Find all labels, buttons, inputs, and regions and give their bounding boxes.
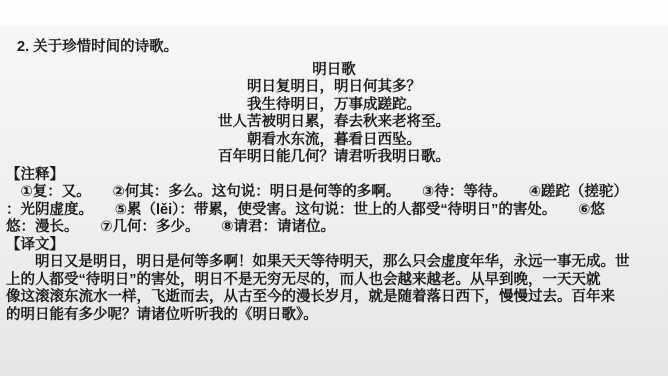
notes-block: 【注释】 ①复：又。 ②何其：多么。这句说：明日是何等的多啊。 ③待：等待。 ④…	[6, 167, 662, 237]
notes-label: 【注释】	[6, 167, 662, 185]
poem-lines: 明日复明日，明日何其多？我生待明日，万事成蹉跎。世人苦被明日累，春去秋来老将至。…	[6, 79, 662, 167]
poem-line: 世人苦被明日累，春去秋来老将至。	[6, 114, 662, 132]
slide: 2. 关于珍惜时间的诗歌。 明日歌 明日复明日，明日何其多？我生待明日，万事成蹉…	[0, 0, 668, 376]
top-white-band	[0, 0, 668, 26]
notes-lines: ①复：又。 ②何其：多么。这句说：明日是何等的多啊。 ③待：等待。 ④蹉跎（搓驼…	[6, 184, 662, 237]
translation-block: 【译文】 明日又是明日，明日是何等多啊！如果天天等待明天，那么只会虚度年华，永远…	[6, 237, 662, 325]
poem-title: 明日歌	[6, 62, 662, 80]
poem-line: 百年明日能几何？请君听我明日歌。	[6, 149, 662, 167]
translation-line: 上的人都受“待明日”的害处，明日不是无穷无尽的，而人也会越来越老。从早到晚，一天…	[6, 272, 662, 290]
translation-lines: 明日又是明日，明日是何等多啊！如果天天等待明天，那么只会虚度年华，永远一事无成。…	[6, 254, 662, 324]
notes-line: ①复：又。 ②何其：多么。这句说：明日是何等的多啊。 ③待：等待。 ④蹉跎（搓驼…	[6, 184, 662, 202]
poem-block: 明日歌 明日复明日，明日何其多？我生待明日，万事成蹉跎。世人苦被明日累，春去秋来…	[6, 62, 662, 167]
translation-line: 明日又是明日，明日是何等多啊！如果天天等待明天，那么只会虚度年华，永远一事无成。…	[6, 254, 662, 272]
slide-content: 2. 关于珍惜时间的诗歌。 明日歌 明日复明日，明日何其多？我生待明日，万事成蹉…	[0, 26, 668, 376]
section-heading: 2. 关于珍惜时间的诗歌。	[6, 39, 662, 57]
notes-line: 悠：漫长。 ⑦几何：多少。 ⑧请君：请诸位。	[6, 219, 662, 237]
notes-line: ：光阴虚度。 ⑤累（lěi）：带累，使受害。这句说：世上的人都受“待明日”的害处…	[6, 202, 662, 220]
poem-line: 明日复明日，明日何其多？	[6, 79, 662, 97]
translation-line: 像这滚滚东流水一样，飞逝而去，从古至今的漫长岁月，就是随着落日西下，慢慢过去。百…	[6, 289, 662, 307]
translation-label: 【译文】	[6, 237, 662, 255]
translation-line: 的明日能有多少呢？请诸位听听我的《明日歌》。	[6, 307, 662, 325]
poem-line: 朝看水东流，暮看日西坠。	[6, 132, 662, 150]
poem-line: 我生待明日，万事成蹉跎。	[6, 97, 662, 115]
